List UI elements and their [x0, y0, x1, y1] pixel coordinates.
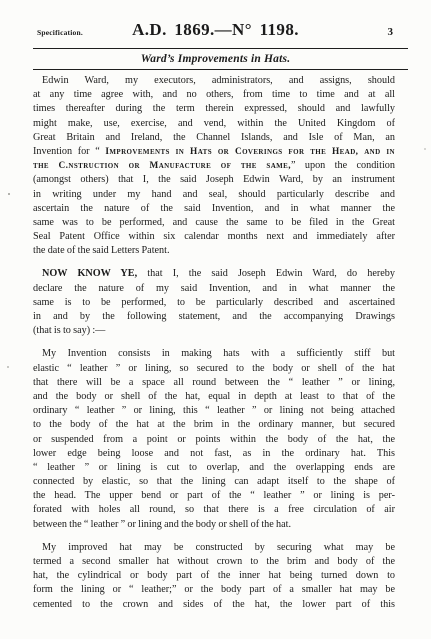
line-text: in and by the following statement, and t… [33, 311, 395, 322]
body-line: (that is to say) :— [33, 324, 395, 338]
body-line: that there will be a space all round bet… [33, 376, 395, 390]
line-text: in writing under my hand and seal, shoul… [33, 189, 395, 200]
line-text: forated with holes all round, so that th… [33, 504, 395, 515]
line-text: times thereafter during the term therein… [33, 103, 395, 114]
paragraph-1: Edwin Ward, my executors, administrators… [33, 74, 395, 258]
line-text: My Invention consists in making hats wit… [42, 348, 395, 359]
line-text: same is to be performed, to be particula… [33, 297, 395, 308]
body-line: 30forated with holes all round, so that … [33, 503, 395, 517]
body-line: between the “ leather ” or lining and th… [33, 518, 395, 532]
line-text: Edwin Ward, my executors, administrators… [42, 75, 395, 86]
document-title: Ward’s Improvements in Hats. [0, 53, 431, 65]
body-line: at any time agree with, and no others, f… [33, 88, 395, 102]
line-text: and the body or shell of the hat, equal … [33, 391, 395, 402]
line-text: that I, the said Joseph Edwin Ward, do h… [137, 268, 395, 279]
line-text: declare the nature of my said Invention,… [33, 283, 395, 294]
line-text: ” upon the condition [291, 160, 395, 171]
line-text: that there will be a space all round bet… [33, 377, 395, 388]
top-rule [33, 48, 408, 49]
body-line: in writing under my hand and seal, shoul… [33, 188, 395, 202]
body-line: Seal Patent Office within six calendar m… [33, 230, 395, 244]
line-text: the head. The upper bend or part of the … [33, 490, 395, 501]
line-text: ascertain the nature of the said Inventi… [33, 203, 395, 214]
document-body: Edwin Ward, my executors, administrators… [33, 74, 395, 612]
body-line: the C.nstruction or Manufacture of the s… [33, 159, 395, 173]
line-text: hat, the cylindrical or body part of the… [33, 570, 395, 581]
body-line: and the body or shell of the hat, equal … [33, 390, 395, 404]
title-rule [33, 69, 408, 70]
body-line: times thereafter during the term therein… [33, 102, 395, 116]
patent-number-heading: A.D. 1869.—N° 1198. [0, 20, 431, 40]
patent-page: Specification. A.D. 1869.—N° 1198. 3 War… [0, 0, 431, 639]
line-text: Seal Patent Office within six calendar m… [33, 231, 395, 242]
body-line: ordinary “ leather ” or lining, this “ l… [33, 404, 395, 418]
body-line: the head. The upper bend or part of the … [33, 489, 395, 503]
body-line: “ leather ” or lining is cut to overlap,… [33, 461, 395, 475]
body-line: My Invention consists in making hats wit… [33, 347, 395, 361]
line-text: Great Britain and Ireland, the Channel I… [33, 132, 395, 143]
body-line: 5Great Britain and Ireland, the Channel … [33, 131, 395, 145]
body-line: cemented to the crown and sides of the h… [33, 598, 395, 612]
body-line: 35form the lining or “ leather;” or the … [33, 583, 395, 597]
line-text: My improved hat may be constructed by se… [42, 542, 395, 553]
line-text: connected by elastic, so that the lining… [33, 476, 395, 487]
body-line: connected by elastic, so that the lining… [33, 475, 395, 489]
line-text: Invention for “ [33, 146, 105, 157]
body-line: Edwin Ward, my executors, administrators… [33, 74, 395, 88]
body-line: to the body of the hat at the brim in th… [33, 418, 395, 432]
paragraph-2: NOW KNOW YE, that I, the said Joseph Edw… [33, 267, 395, 338]
body-line: NOW KNOW YE, that I, the said Joseph Edw… [33, 267, 395, 281]
scan-speck [424, 148, 426, 150]
line-text: the date of the said Letters Patent. [33, 245, 170, 256]
now-know-ye-text: NOW KNOW YE, [42, 268, 137, 279]
line-text: between the “ leather ” or lining and th… [33, 519, 291, 530]
body-line: might make, use, exercise, and vend, wit… [33, 117, 395, 131]
line-text: ordinary “ leather ” or lining, this “ l… [33, 405, 395, 416]
body-line: termed a second smaller hat without crow… [33, 555, 395, 569]
line-text: form the lining or “ leather;” or the bo… [33, 584, 395, 595]
body-line: same is to be performed, to be particula… [33, 296, 395, 310]
paragraph-4: My improved hat may be constructed by se… [33, 541, 395, 612]
line-text: at any time agree with, and no others, f… [33, 89, 395, 100]
body-line: 10ascertain the nature of the said Inven… [33, 202, 395, 216]
scan-speck [8, 193, 10, 195]
line-text: same was to be performed, and cause the … [33, 217, 395, 228]
body-line: (amongst others) that I, the said Joseph… [33, 173, 395, 187]
scan-speck [7, 366, 9, 368]
body-line: the date of the said Letters Patent. [33, 244, 395, 258]
body-line: Invention for “ Improvements in Hats or … [33, 145, 395, 159]
body-line: lower edge being loose and not fast, as … [33, 447, 395, 461]
body-line: 15declare the nature of my said Inventio… [33, 282, 395, 296]
line-text: termed a second smaller hat without crow… [33, 556, 395, 567]
line-text: (amongst others) that I, the said Joseph… [33, 174, 395, 185]
body-line: 25or suspended from a point or points wi… [33, 433, 395, 447]
body-line: same was to be performed, and cause the … [33, 216, 395, 230]
page-number: 3 [388, 26, 394, 38]
line-text: “ leather ” or lining is cut to overlap,… [33, 462, 395, 473]
line-text: elastic “ leather ” or lining, so secure… [33, 363, 395, 374]
line-text: (that is to say) :— [33, 325, 105, 336]
paragraph-3: My Invention consists in making hats wit… [33, 347, 395, 531]
page-header: Specification. A.D. 1869.—N° 1198. 3 [0, 0, 431, 48]
invention-title-smallcaps: Improvements in Hats or Coverings for th… [105, 147, 395, 157]
line-text: might make, use, exercise, and vend, wit… [33, 118, 395, 129]
invention-title-smallcaps: the C.nstruction or Manufacture of the s… [33, 161, 291, 171]
body-line: 20elastic “ leather ” or lining, so secu… [33, 362, 395, 376]
body-line: My improved hat may be constructed by se… [33, 541, 395, 555]
line-text: or suspended from a point or points with… [33, 434, 395, 445]
line-text: lower edge being loose and not fast, as … [33, 448, 395, 459]
body-line: in and by the following statement, and t… [33, 310, 395, 324]
body-line: hat, the cylindrical or body part of the… [33, 569, 395, 583]
line-text: cemented to the crown and sides of the h… [33, 599, 395, 610]
line-text: to the body of the hat at the brim in th… [33, 419, 395, 430]
